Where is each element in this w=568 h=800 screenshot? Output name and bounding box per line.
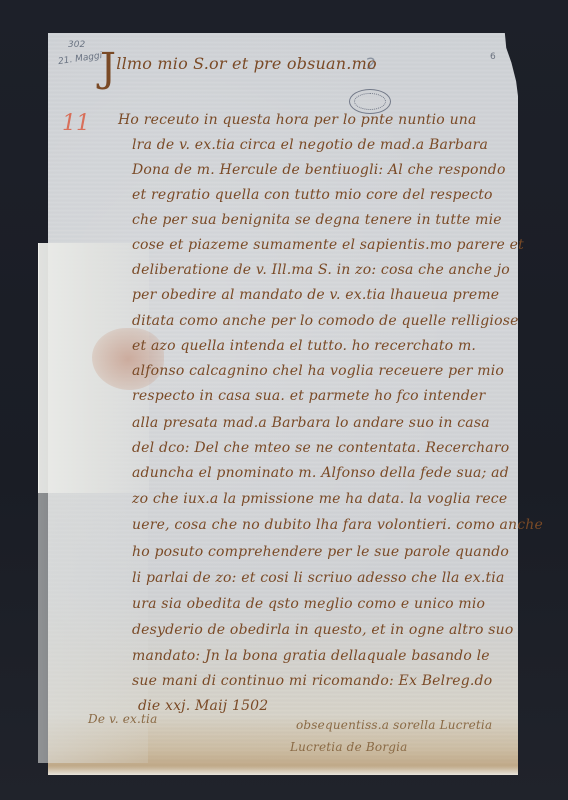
body-line-11: alfonso calcagnino chel ha voglia receue… bbox=[132, 363, 504, 379]
body-line-13: alla presata mad.a Barbara lo andare suo… bbox=[132, 415, 490, 431]
body-line-9: ditata como anche per lo comodo de quell… bbox=[132, 313, 519, 329]
body-line-17: uere, cosa che no dubito lha fara volont… bbox=[132, 517, 543, 533]
body-line-22: mandato: Jn la bona gratia dellaquale ba… bbox=[132, 648, 490, 664]
body-line-19: li parlai de zo: et cosi li scriuo adess… bbox=[132, 570, 505, 586]
body-line-10: et azo quella intenda el tutto. ho recer… bbox=[132, 338, 476, 354]
salutation-text: llmo mio S.or et pre obsuan.mo bbox=[116, 54, 377, 73]
body-line-3: Dona de m. Hercule de bentiuogli: Al che… bbox=[132, 162, 506, 178]
body-line-15: aduncha el pnominato m. Alfonso della fe… bbox=[132, 465, 509, 481]
body-line-6: cose et piazeme sumamente el sapientis.m… bbox=[132, 237, 524, 253]
folio-number: 302 bbox=[68, 40, 85, 50]
archive-stamp-icon bbox=[349, 89, 391, 114]
body-line-23: sue mani di continuo mi ricomando: Ex Be… bbox=[132, 673, 492, 689]
body-line-2: lra de v. ex.tia circa el negotio de mad… bbox=[132, 137, 488, 153]
body-line-12: respecto in casa sua. et parmete ho fco … bbox=[132, 388, 485, 404]
signature-line-1: obsequentiss.a sorella Lucretia bbox=[296, 718, 492, 732]
body-line-14: del dco: Del che mteo se ne contentata. … bbox=[132, 440, 509, 456]
red-marginal-mark: 11 bbox=[62, 111, 90, 136]
closing-left: De v. ex.tia bbox=[88, 712, 157, 726]
body-line-16: zo che iux.a la pmissione me ha data. la… bbox=[132, 491, 507, 507]
body-line-20: ura sia obedita de qsto meglio como e un… bbox=[132, 596, 485, 612]
date-line: die xxj. Maij 1502 bbox=[138, 698, 268, 714]
body-line-1: Ho receuto in questa hora per lo pnte nu… bbox=[118, 112, 477, 128]
body-line-5: che per sua benignita se degna tenere in… bbox=[132, 212, 502, 228]
body-line-7: deliberatione de v. Ill.ma S. in zo: cos… bbox=[132, 262, 510, 278]
salutation-initial: J bbox=[100, 45, 116, 91]
body-line-4: et regratio quella con tutto mio core de… bbox=[132, 187, 493, 203]
body-line-21: desyderio de obedirla in questo, et in o… bbox=[132, 622, 513, 638]
body-line-18: ho posuto comprehendere per le sue parol… bbox=[132, 544, 509, 560]
body-line-8: per obedire al mandato de v. ex.tia lhau… bbox=[132, 287, 499, 303]
page-number: 6 bbox=[490, 52, 496, 62]
signature-line-2: Lucretia de Borgia bbox=[290, 740, 408, 754]
salutation: Jllmo mio S.or et pre obsuan.mo bbox=[100, 48, 377, 88]
